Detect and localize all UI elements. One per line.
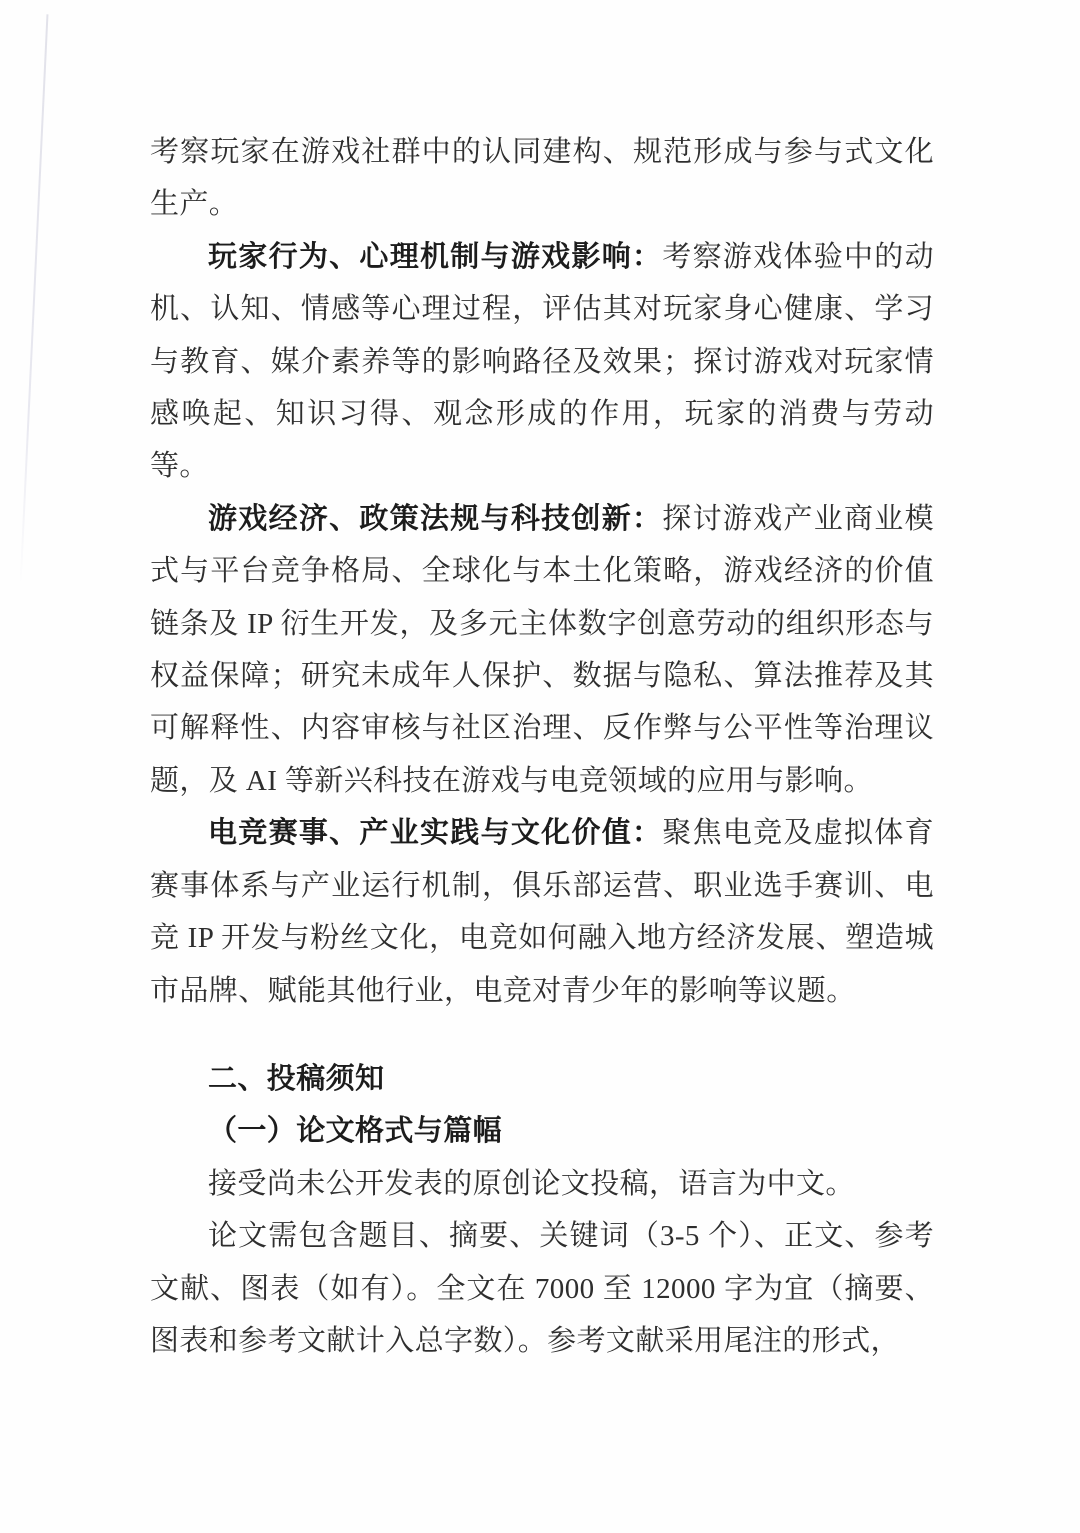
text-run: 接受尚未公开发表的原创论文投稿，语言为中文。 [208, 1168, 855, 1200]
bold-text-run: （一）论文格式与篇幅 [208, 1115, 502, 1147]
bold-text-run: 玩家行为、心理机制与游戏影响： [208, 241, 662, 273]
paragraph: 论文需包含题目、摘要、关键词（3-5 个）、正文、参考文献、图表（如有）。全文在… [150, 1210, 934, 1367]
text-run: 探讨游戏产业商业模式与平台竞争格局、全球化与本土化策略，游戏经济的价值链条及 I… [150, 503, 934, 797]
text-run: 考察玩家在游戏社群中的认同建构、规范形成与参与式文化生产。 [150, 136, 934, 220]
text-run: 论文需包含题目、摘要、关键词（3-5 个）、正文、参考文献、图表（如有）。全文在… [150, 1220, 934, 1357]
document-content: 考察玩家在游戏社群中的认同建构、规范形成与参与式文化生产。玩家行为、心理机制与游… [150, 126, 934, 1367]
paragraph: 游戏经济、政策法规与科技创新：探讨游戏产业商业模式与平台竞争格局、全球化与本土化… [150, 493, 934, 807]
page-edge-artifact [20, 14, 49, 585]
text-run: 考察游戏体验中的动机、认知、情感等心理过程，评估其对玩家身心健康、学习与教育、媒… [150, 241, 934, 483]
paragraph: 电竞赛事、产业实践与文化价值：聚焦电竞及虚拟体育赛事体系与产业运行机制，俱乐部运… [150, 807, 934, 1017]
section-heading: 二、投稿须知 [150, 1053, 934, 1105]
bold-text-run: 游戏经济、政策法规与科技创新： [208, 503, 662, 535]
paragraph: 考察玩家在游戏社群中的认同建构、规范形成与参与式文化生产。 [150, 126, 934, 231]
bold-text-run: 电竞赛事、产业实践与文化价值： [208, 817, 662, 849]
paragraph: 接受尚未公开发表的原创论文投稿，语言为中文。 [150, 1158, 934, 1210]
subsection-heading: （一）论文格式与篇幅 [150, 1105, 934, 1157]
bold-text-run: 二、投稿须知 [208, 1063, 384, 1095]
paragraph: 玩家行为、心理机制与游戏影响：考察游戏体验中的动机、认知、情感等心理过程，评估其… [150, 231, 934, 493]
